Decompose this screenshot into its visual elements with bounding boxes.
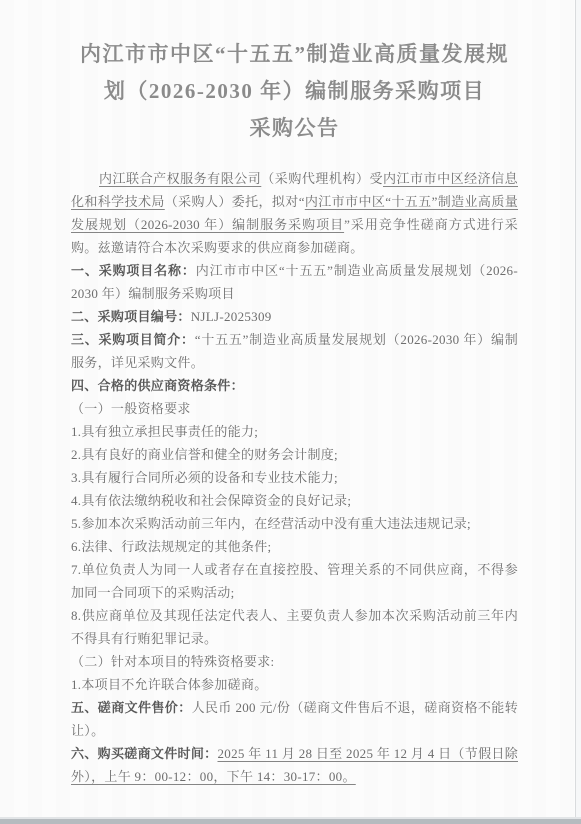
section-document-price-label: 五、磋商文件售价： bbox=[71, 700, 192, 715]
entrust-text: （采购人）委托，拟对“ bbox=[165, 194, 305, 209]
requirement-item-8: 8.供应商单位及其现任法定代表人、主要负责人参加本次采购活动前三年内不得具有行贿… bbox=[71, 604, 518, 650]
section-document-price: 五、磋商文件售价：人民币 200 元/份（磋商文件售后不退，磋商资格不能转让）。 bbox=[71, 696, 518, 742]
document-content: 内江市市中区“十五五”制造业高质量发展规 划（2026-2030 年）编制服务采… bbox=[71, 36, 518, 788]
section-project-number: 二、采购项目编号：NJLJ-2025309 bbox=[71, 305, 518, 328]
scan-bottom-edge-band bbox=[0, 819, 581, 824]
section-project-number-label: 二、采购项目编号： bbox=[71, 309, 191, 324]
section-document-purchase-time-label: 六、购买磋商文件时间： bbox=[71, 746, 217, 761]
scanned-document-page: 内江市市中区“十五五”制造业高质量发展规 划（2026-2030 年）编制服务采… bbox=[0, 0, 581, 824]
document-title-line-3: 采购公告 bbox=[71, 110, 518, 147]
section-project-name-label: 一、采购项目名称： bbox=[71, 263, 196, 278]
document-body: 内江联合产权服务有限公司（采购代理机构）受内江市市中区经济信息化和科学技术局（采… bbox=[71, 167, 518, 788]
document-title-line-1: 内江市市中区“十五五”制造业高质量发展规 bbox=[71, 36, 518, 73]
requirement-item-3: 3.具有履行合同所必须的设备和专业技术能力; bbox=[71, 466, 518, 489]
intro-paragraph: 内江联合产权服务有限公司（采购代理机构）受内江市市中区经济信息化和科学技术局（采… bbox=[71, 167, 518, 259]
document-title-line-2: 划（2026-2030 年）编制服务采购项目 bbox=[71, 73, 518, 110]
requirement-item-7: 7.单位负责人为同一人或者存在直接控股、管理关系的不同供应商，不得参加同一合同项… bbox=[71, 558, 518, 604]
requirement-item-4: 4.具有依法缴纳税收和社会保障资金的良好记录; bbox=[71, 489, 518, 512]
special-requirement-item-1: 1.本项目不允许联合体参加磋商。 bbox=[71, 673, 518, 696]
requirement-item-5: 5.参加本次采购活动前三年内，在经营活动中没有重大违法违规记录; bbox=[71, 512, 518, 535]
section-qualification-heading: 四、合格的供应商资格条件： bbox=[71, 374, 518, 397]
section-qualification-label: 四、合格的供应商资格条件： bbox=[71, 378, 244, 393]
general-requirements-heading: （一）一般资格要求 bbox=[71, 397, 518, 420]
section-project-name: 一、采购项目名称：内江市市中区“十五五”制造业高质量发展规划（2026-2030… bbox=[71, 259, 518, 305]
special-requirements-heading: （二）针对本项目的特殊资格要求: bbox=[71, 650, 518, 673]
agency-role: （采购代理机构）受 bbox=[261, 171, 383, 186]
section-project-number-value: NJLJ-2025309 bbox=[191, 309, 272, 324]
section-project-brief-label: 三、采购项目简介： bbox=[71, 332, 195, 347]
requirement-item-6: 6.法律、行政法规规定的其他条件; bbox=[71, 535, 518, 558]
agency-name: 内江联合产权服务有限公司 bbox=[99, 171, 261, 186]
section-document-purchase-time: 六、购买磋商文件时间：2025 年 11 月 28 日至 2025 年 12 月… bbox=[71, 742, 518, 788]
section-project-brief: 三、采购项目简介：“十五五”制造业高质量发展规划（2026-2030 年）编制服… bbox=[71, 328, 518, 374]
requirement-item-2: 2.具有良好的商业信誉和健全的财务会计制度; bbox=[71, 443, 518, 466]
requirement-item-1: 1.具有独立承担民事责任的能力; bbox=[71, 420, 518, 443]
scan-right-edge-line bbox=[575, 0, 576, 824]
document-title: 内江市市中区“十五五”制造业高质量发展规 划（2026-2030 年）编制服务采… bbox=[71, 36, 518, 147]
scan-right-margin bbox=[576, 0, 581, 824]
